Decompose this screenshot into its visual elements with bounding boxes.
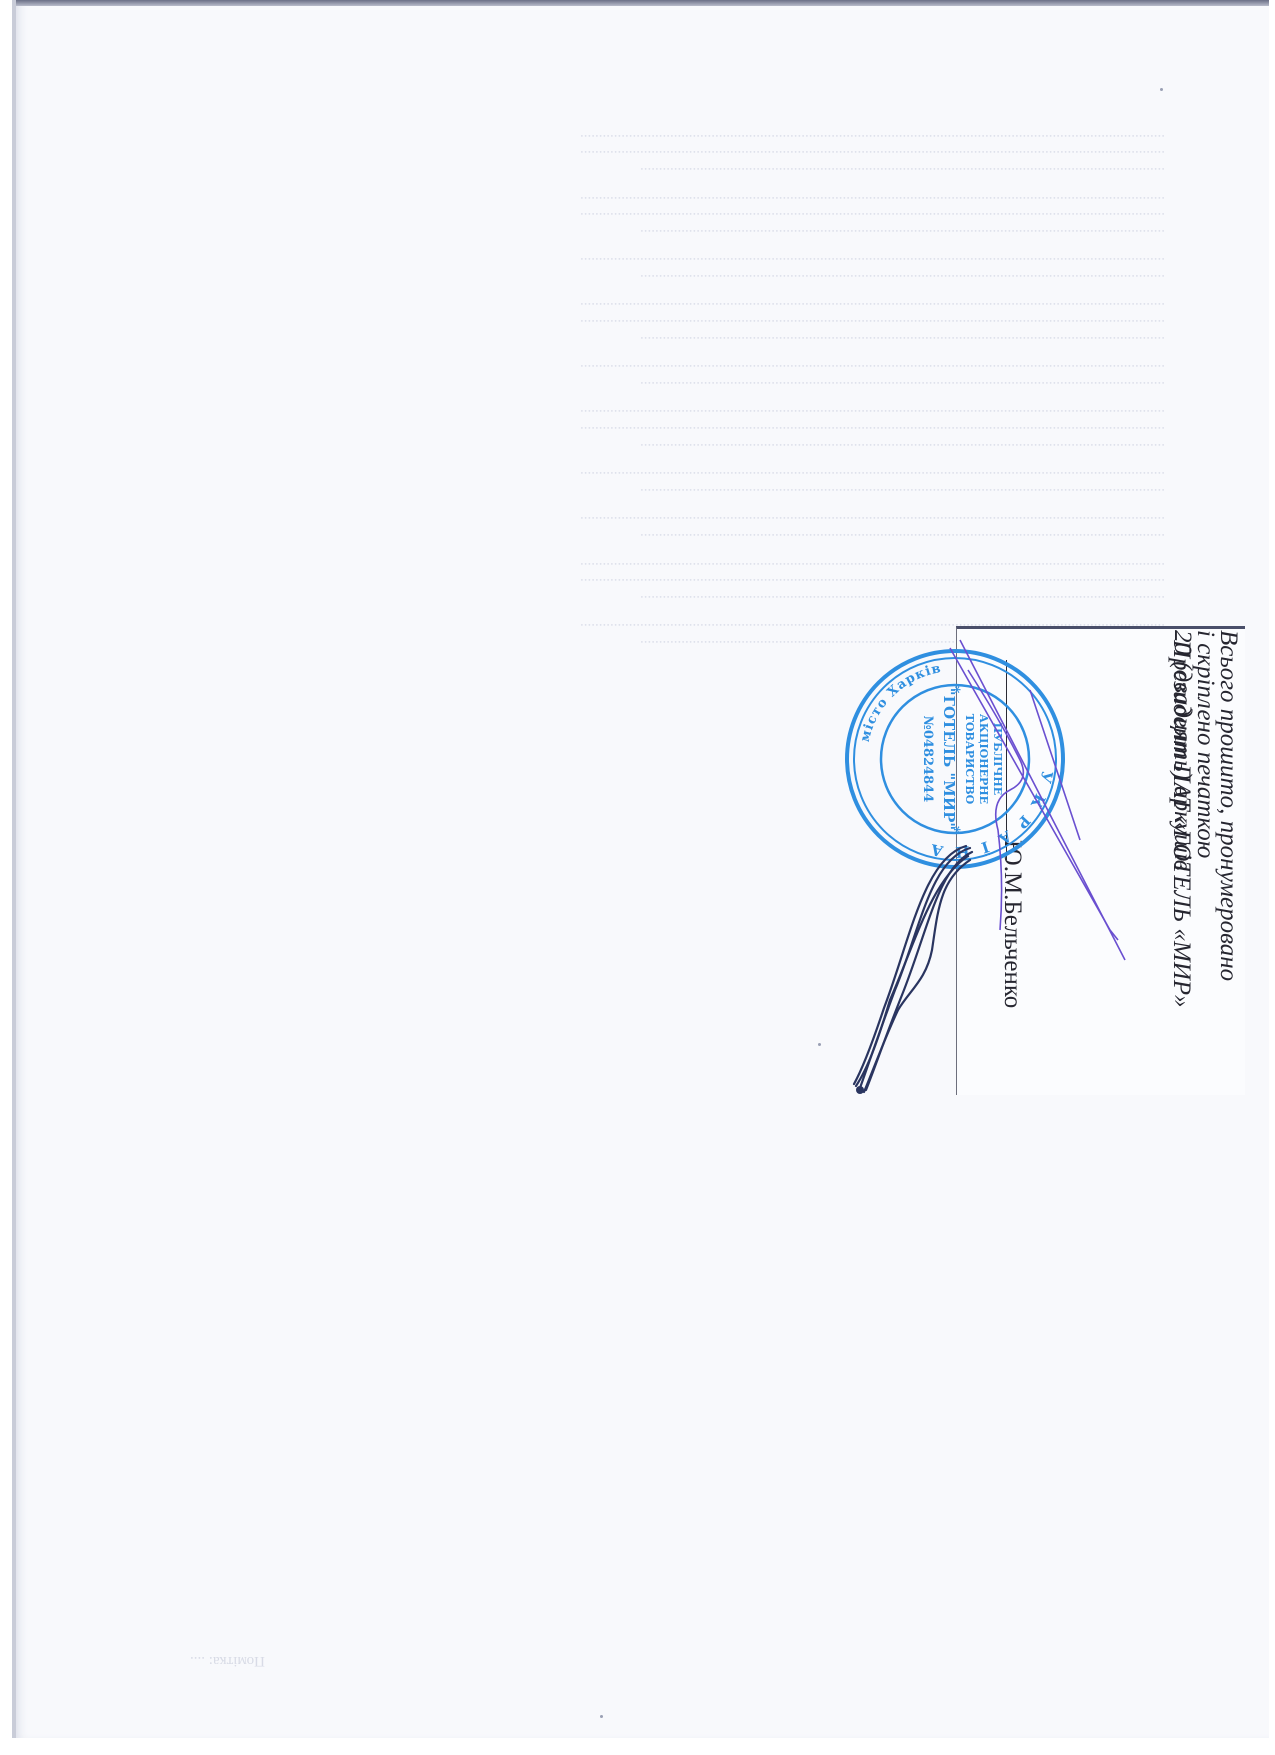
bleed-paragraph: ........................................…	[165, 254, 1165, 287]
bleed-paragraph: ........................................…	[165, 468, 1165, 501]
bleed-paragraph: ........................................…	[165, 130, 1165, 180]
label-line-1: Всього прошито, пронумеровано	[1217, 630, 1240, 1070]
label-line-2: і скріплено печаткою	[1194, 630, 1217, 1070]
bleed-paragraph: ........................................…	[165, 406, 1165, 456]
scan-speck	[1160, 88, 1163, 91]
bleed-paragraph: ........................................…	[165, 513, 1165, 546]
svg-text:№04824844: №04824844	[920, 716, 935, 803]
scan-speck	[818, 1043, 821, 1046]
page-top-edge	[16, 0, 1269, 6]
bleed-paragraph: ........................................…	[165, 558, 1165, 608]
binding-thread-icon	[820, 840, 1000, 1100]
bleed-paragraph: ........................................…	[165, 192, 1165, 242]
bleed-through-text: ........................................…	[165, 118, 1165, 653]
scan-speck	[600, 1715, 603, 1718]
bleed-footer-note: Помітка: ....	[190, 1652, 265, 1669]
president-title: Президент ПАТ «ГОТЕЛЬ «МИР»	[1167, 640, 1195, 1080]
bleed-paragraph: ........................................…	[165, 361, 1165, 394]
bleed-paragraph: ........................................…	[165, 299, 1165, 349]
